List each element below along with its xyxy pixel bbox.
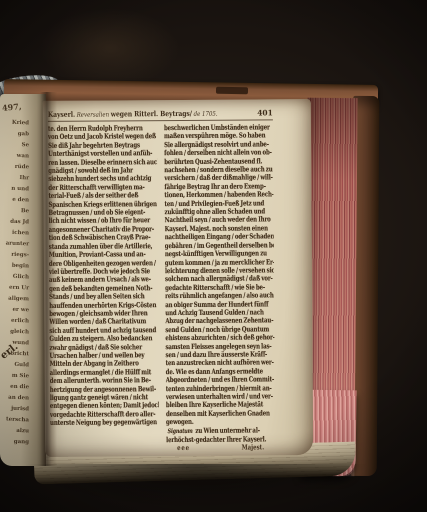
header-part-reversalien: Reversalien <box>77 110 109 118</box>
book-bottom-shadow <box>26 464 366 508</box>
book-photo-scene: 497, KriedgabSewanrüdeIhrn unde denBedas… <box>0 0 427 512</box>
facing-page-text-fragments: KriedgabSewanrüdeIhrn unde denBedas Jdic… <box>0 118 38 448</box>
majest-word: Majest. <box>242 444 265 453</box>
right-column-lines: beschwerlichen Umbständen einigermaßen v… <box>164 123 275 418</box>
gutter-shadow <box>40 92 57 466</box>
running-header-title: Kayserl. Reversalien wegen Ritterl. Beyt… <box>48 109 226 119</box>
left-text-column: te. den Herrn Rudolph Freyherrnvon Oetz … <box>48 124 159 454</box>
header-part-date: de 1705. <box>194 110 218 118</box>
header-part-wegen: wegen Ritterl. Beytrags/ <box>111 109 192 119</box>
signatum-word: Signatum <box>168 428 193 435</box>
closing-footer-row: eee Majest. <box>166 444 275 453</box>
two-column-text-block: te. den Herrn Rudolph Freyherrnvon Oetz … <box>48 123 275 453</box>
background-light-patch <box>40 8 180 88</box>
text-line: gang <box>0 436 38 448</box>
book-page: Kayserl. Reversalien wegen Ritterl. Beyt… <box>43 99 313 457</box>
gathering-signature-mark: eee <box>177 444 190 452</box>
right-text-column: beschwerlichen Umbständen einigermaßen v… <box>164 123 275 453</box>
running-header: Kayserl. Reversalien wegen Ritterl. Beyt… <box>48 108 273 119</box>
header-rule <box>48 119 273 122</box>
signatum-rest: zu Wien untermehr al- <box>194 426 260 435</box>
page-number: 401 <box>257 108 273 117</box>
facing-page-number: 497, <box>2 101 22 113</box>
text-line: unterste Neigung bey gegenwärtigen <box>50 418 159 427</box>
top-edge-dark-mark <box>216 87 248 95</box>
